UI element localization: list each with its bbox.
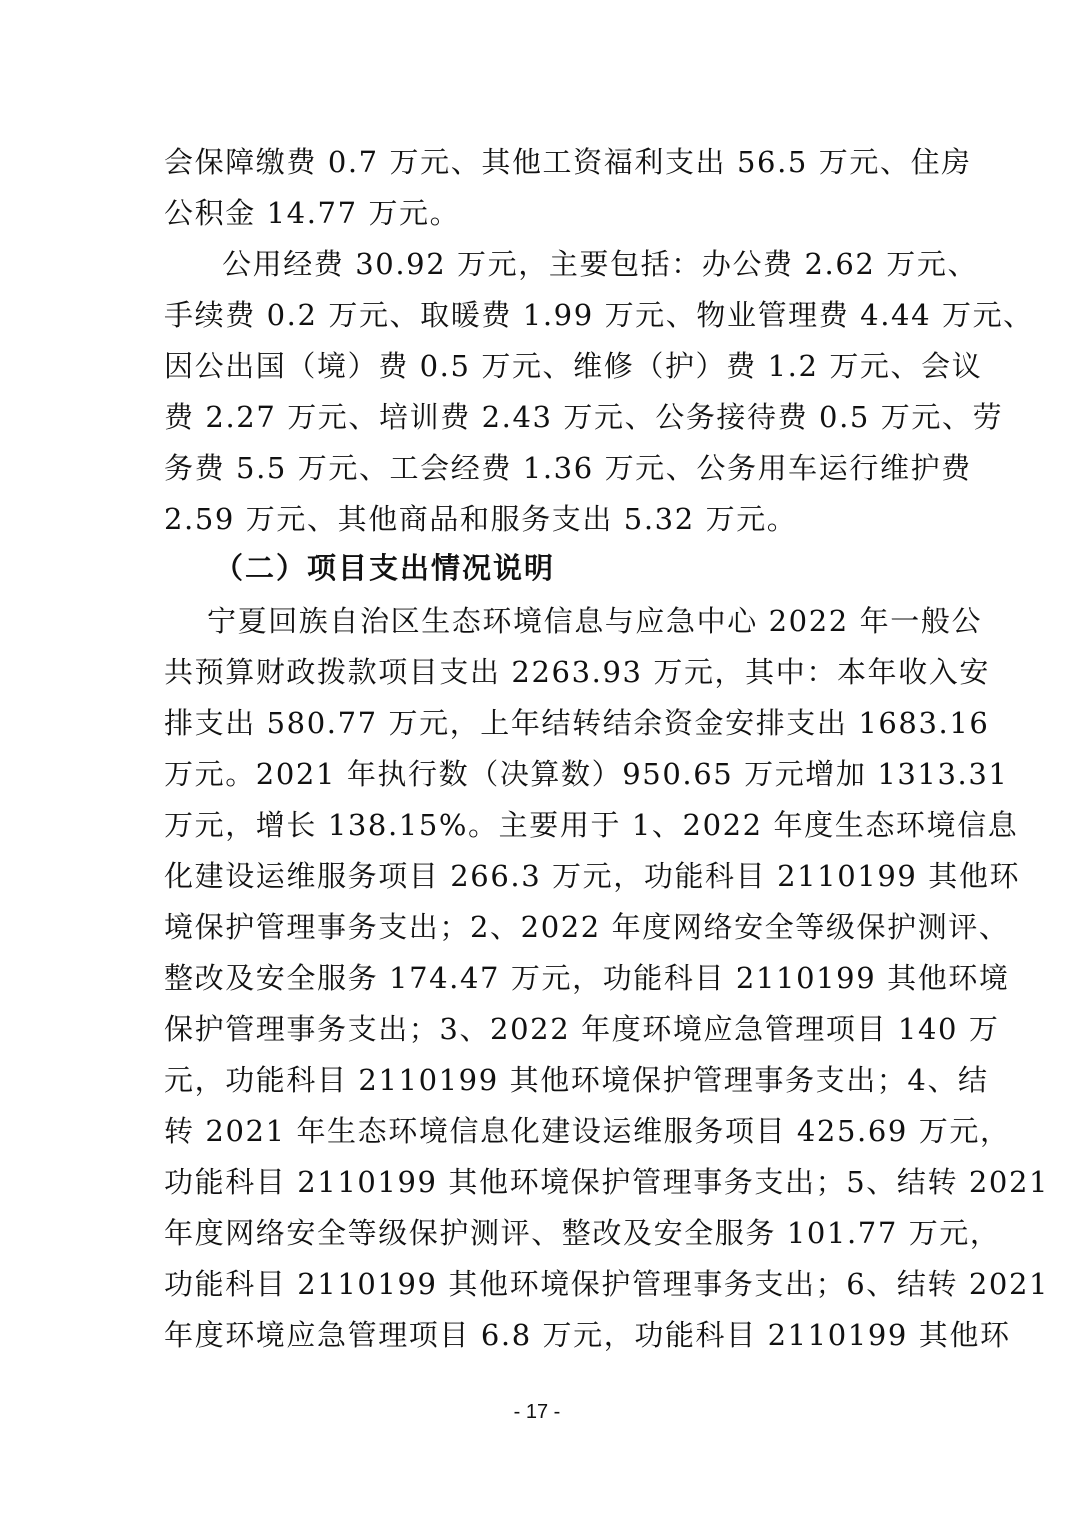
paragraph-line: 年度网络安全等级保护测评、整改及安全服务 101.77 万元，: [164, 1215, 914, 1251]
paragraph-line: 万元，增长 138.15%。主要用于 1、2022 年度生态环境信息: [164, 807, 914, 843]
paragraph-line: 万元。2021 年执行数（决算数）950.65 万元增加 1313.31: [164, 756, 914, 792]
paragraph-line: 费 2.27 万元、培训费 2.43 万元、公务接待费 0.5 万元、劳: [164, 399, 914, 435]
section-heading: （二）项目支出情况说明: [214, 550, 555, 586]
paragraph-line: 因公出国（境）费 0.5 万元、维修（护）费 1.2 万元、会议: [164, 348, 914, 384]
paragraph-line: 境保护管理事务支出；2、2022 年度网络安全等级保护测评、: [164, 909, 914, 945]
document-page: 会保障缴费 0.7 万元、其他工资福利支出 56.5 万元、住房 公积金 14.…: [0, 0, 1074, 1520]
paragraph-line: 2.59 万元、其他商品和服务支出 5.32 万元。: [164, 501, 914, 537]
paragraph-line: 手续费 0.2 万元、取暖费 1.99 万元、物业管理费 4.44 万元、: [164, 297, 914, 333]
paragraph-line: 化建设运维服务项目 266.3 万元，功能科目 2110199 其他环: [164, 858, 914, 894]
paragraph-line: 功能科目 2110199 其他环境保护管理事务支出；5、结转 2021: [164, 1164, 914, 1200]
paragraph-line: 公用经费 30.92 万元，主要包括：办公费 2.62 万元、: [222, 246, 912, 282]
paragraph-line: 年度环境应急管理项目 6.8 万元，功能科目 2110199 其他环: [164, 1317, 914, 1353]
paragraph-line: 整改及安全服务 174.47 万元，功能科目 2110199 其他环境: [164, 960, 914, 996]
page-number: - 17 -: [0, 1400, 1074, 1424]
paragraph-line: 保护管理事务支出；3、2022 年度环境应急管理项目 140 万: [164, 1011, 914, 1047]
paragraph-line: 务费 5.5 万元、工会经费 1.36 万元、公务用车运行维护费: [164, 450, 914, 486]
paragraph-line: 元，功能科目 2110199 其他环境保护管理事务支出；4、结: [164, 1062, 914, 1098]
paragraph-line: 共预算财政拨款项目支出 2263.93 万元，其中：本年收入安: [164, 654, 914, 690]
paragraph-line: 功能科目 2110199 其他环境保护管理事务支出；6、结转 2021: [164, 1266, 914, 1302]
paragraph-line: 转 2021 年生态环境信息化建设运维服务项目 425.69 万元，: [164, 1113, 914, 1149]
paragraph-line: 会保障缴费 0.7 万元、其他工资福利支出 56.5 万元、住房: [164, 144, 914, 180]
paragraph-line: 宁夏回族自治区生态环境信息与应急中心 2022 年一般公: [207, 603, 912, 639]
paragraph-line: 排支出 580.77 万元，上年结转结余资金安排支出 1683.16: [164, 705, 914, 741]
paragraph-line: 公积金 14.77 万元。: [164, 195, 914, 231]
